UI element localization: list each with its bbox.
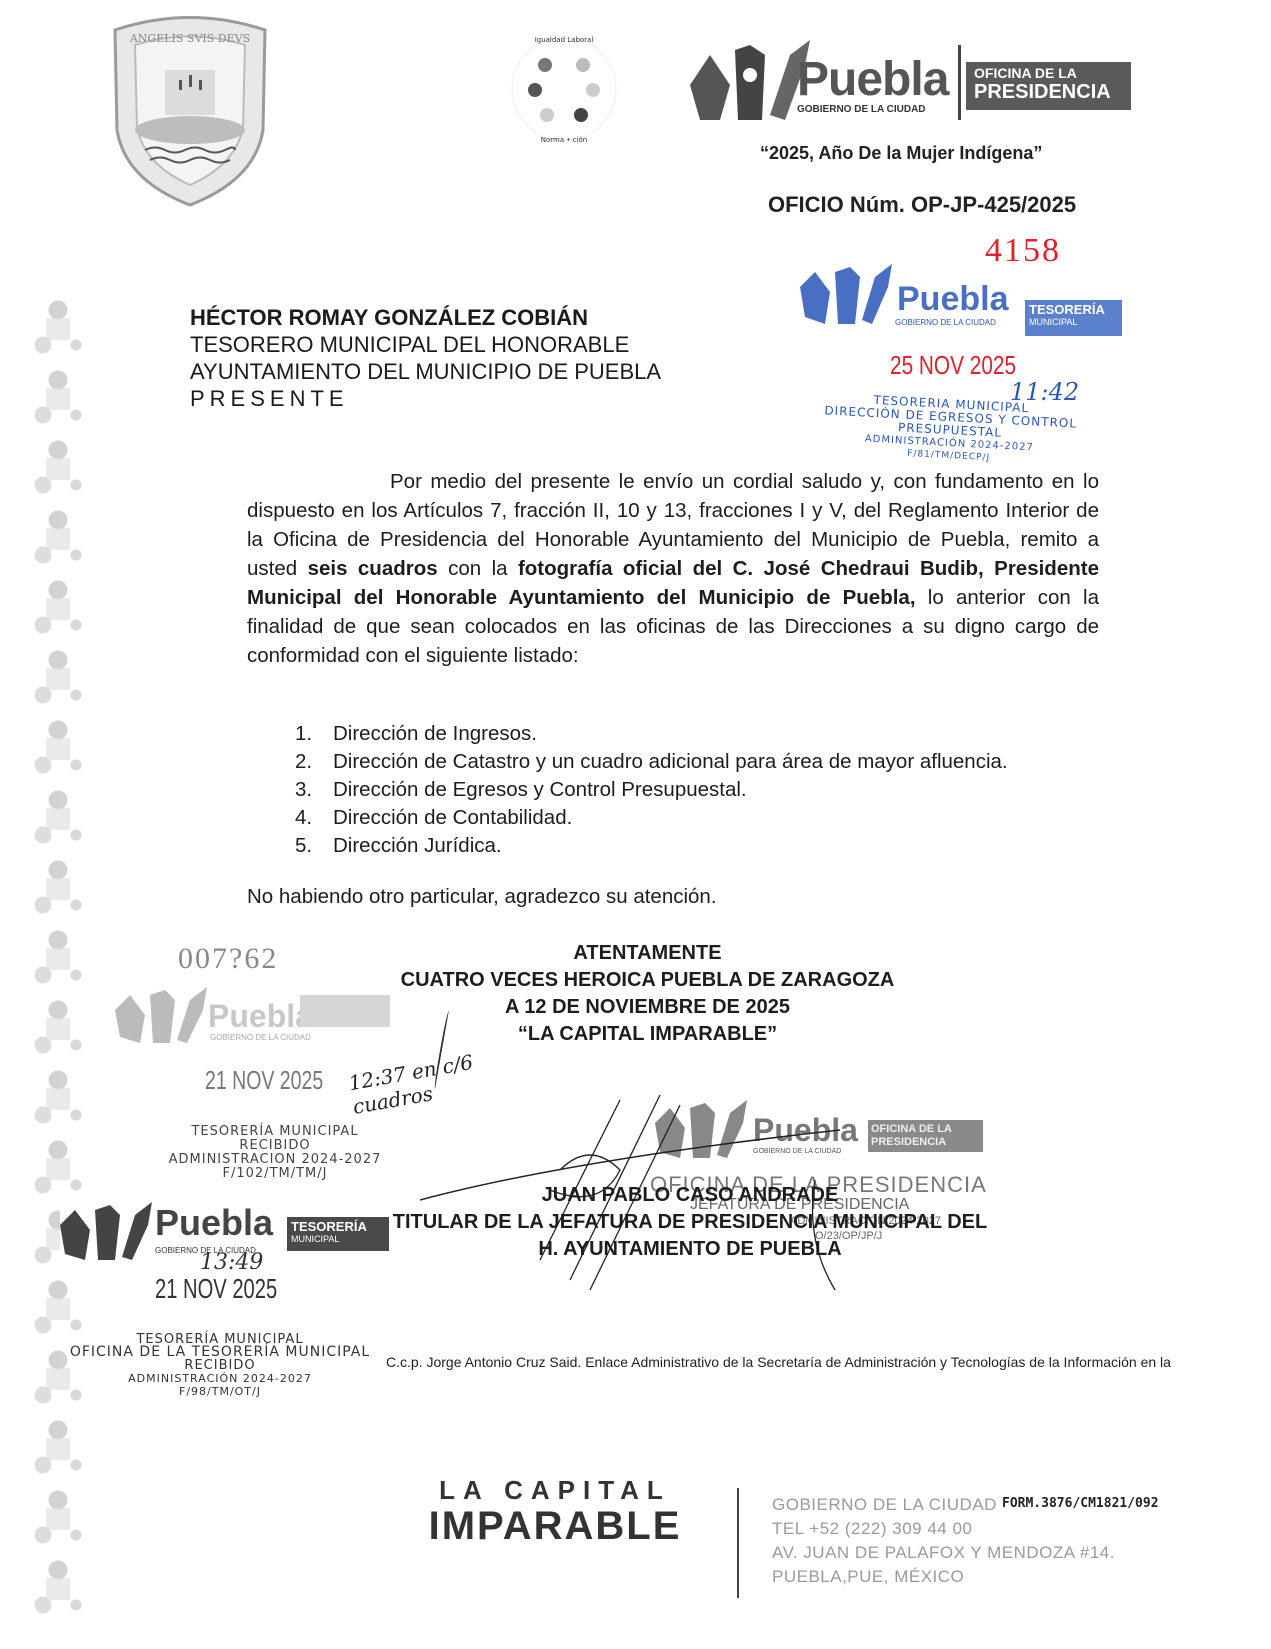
tesoreria-lower-stamp-date: 21 NOV 2025 xyxy=(155,1273,277,1305)
form-code: FORM.3876/CM1821/092 xyxy=(1002,1496,1159,1511)
direcciones-list: 1.Dirección de Ingresos. 2.Dirección de … xyxy=(295,720,1008,860)
oficio-number: OFICIO Núm. OP-JP-425/2025 xyxy=(768,192,1076,218)
footer-slogan-top: LA CAPITAL xyxy=(410,1475,700,1506)
addressee-block: HÉCTOR ROMAY GONZÁLEZ COBIÁN TESORERO MU… xyxy=(190,304,661,412)
list-item-text: Dirección de Ingresos. xyxy=(333,722,537,745)
addressee-presente: PRESENTE xyxy=(190,385,661,412)
recibido-stamp-line: F/102/TM/TM/J xyxy=(145,1167,405,1181)
list-item-text: Dirección de Egresos y Control Presupues… xyxy=(333,778,747,801)
svg-text:ANGELIS SVIS DEVS: ANGELIS SVIS DEVS xyxy=(129,32,250,45)
list-item: 4.Dirección de Contabilidad. xyxy=(295,804,1008,832)
list-item-text: Dirección de Catastro y un cuadro adicio… xyxy=(333,750,1008,773)
tesoreria-lower-stamp-logo xyxy=(60,1200,155,1267)
brand-subtitle: GOBIERNO DE LA CIUDAD xyxy=(797,104,926,115)
recibido-stamp-line: RECIBIDO xyxy=(145,1139,405,1153)
tesoreria-lower-stamp-line: F/98/TM/OT/J xyxy=(50,1385,390,1398)
recibido-stamp-line: ADMINISTRACION 2024-2027 xyxy=(145,1153,405,1167)
tesoreria-stamp-subtitle: GOBIERNO DE LA CIUDAD xyxy=(895,318,996,327)
list-item-text: Dirección Jurídica. xyxy=(333,834,502,857)
signer-name: JUAN PABLO CASO ANDRADE xyxy=(380,1182,1000,1209)
list-item: 3.Dirección de Egresos y Control Presupu… xyxy=(295,776,1008,804)
body-text-run: con la xyxy=(438,557,518,580)
office-badge-line1: OFICINA DE LA xyxy=(974,66,1131,81)
closing-sentence: No habiendo otro particular, agradezco s… xyxy=(247,885,717,909)
recibido-stamp-subtitle: GOBIERNO DE LA CIUDAD xyxy=(210,1033,311,1042)
office-badge-line2: PRESIDENCIA xyxy=(974,81,1131,103)
tesoreria-stamp-city: Puebla xyxy=(897,280,1008,319)
signer-block: JUAN PABLO CASO ANDRADE TITULAR DE LA JE… xyxy=(380,1182,1000,1263)
brand-divider xyxy=(958,45,961,120)
tesoreria-lower-stamp-line: ADMINISTRACIÓN 2024-2027 xyxy=(50,1372,390,1385)
recibido-stamp-city: Puebla xyxy=(208,998,313,1035)
svg-text:Igualdad Laboral: Igualdad Laboral xyxy=(535,36,594,44)
body-paragraph: Por medio del presente le envío un cordi… xyxy=(247,467,1099,670)
addressee-title-1: TESORERO MUNICIPAL DEL HONORABLE xyxy=(190,331,661,358)
recibido-stamp-text: TESORERÍA MUNICIPAL RECIBIDO ADMINISTRAC… xyxy=(145,1125,405,1181)
footer-info-address: AV. JUAN DE PALAFOX Y MENDOZA #14. xyxy=(772,1541,1115,1565)
office-badge: OFICINA DE LA PRESIDENCIA xyxy=(966,62,1131,110)
signer-title-2: H. AYUNTAMIENTO DE PUEBLA xyxy=(380,1236,1000,1263)
city-shield-logo: ANGELIS SVIS DEVS xyxy=(105,10,275,210)
footer-info-phone: TEL +52 (222) 309 44 00 xyxy=(772,1517,1115,1541)
tesoreria-lower-badge-line2: MUNICIPAL xyxy=(291,1234,385,1244)
signer-title-1: TITULAR DE LA JEFATURA DE PRESIDENCIA MU… xyxy=(380,1209,1000,1236)
list-item-number: 5. xyxy=(295,832,333,860)
signature-city: CUATRO VECES HEROICA PUEBLA DE ZARAGOZA xyxy=(360,967,935,994)
recibido-stamp-line: TESORERÍA MUNICIPAL xyxy=(145,1125,405,1139)
tesoreria-lower-stamp-line: RECIBIDO xyxy=(50,1359,390,1372)
list-item: 1.Dirección de Ingresos. xyxy=(295,720,1008,748)
tesoreria-stamp-text: TESORERIA MUNICIPAL DIRECCIÓN DE EGRESOS… xyxy=(813,391,1086,470)
tesoreria-lower-stamp-text: TESORERÍA MUNICIPAL OFICINA DE LA TESORE… xyxy=(50,1333,390,1398)
tesoreria-lower-stamp-badge: TESORERÍA MUNICIPAL xyxy=(287,1217,389,1251)
list-item: 5.Dirección Jurídica. xyxy=(295,832,1008,860)
list-item-number: 4. xyxy=(295,804,333,832)
brand-city-name: Puebla xyxy=(797,52,948,107)
signature-atentamente: ATENTAMENTE xyxy=(360,940,935,967)
recibido-stamp-date: 21 NOV 2025 xyxy=(205,1065,323,1096)
body-text-bold: seis cuadros xyxy=(308,557,438,580)
list-item-text: Dirección de Contabilidad. xyxy=(333,806,572,829)
tesoreria-stamp-badge-line1: TESORERÍA xyxy=(1029,302,1118,317)
addressee-name: HÉCTOR ROMAY GONZÁLEZ COBIÁN xyxy=(190,304,661,331)
handwritten-time-1349: 13:49 xyxy=(200,1250,263,1275)
list-item-number: 1. xyxy=(295,720,333,748)
ccp-line: C.c.p. Jorge Antonio Cruz Said. Enlace A… xyxy=(386,1354,1171,1370)
list-item: 2.Dirección de Catastro y un cuadro adic… xyxy=(295,748,1008,776)
norma-igualdad-logo: Norma • ción Igualdad Laboral xyxy=(505,30,623,148)
recibido-stamp-logo xyxy=(115,985,210,1050)
tesoreria-lower-badge-line1: TESORERÍA xyxy=(291,1219,385,1234)
footer-info-city: PUEBLA,PUE, MÉXICO xyxy=(772,1565,1115,1589)
tesoreria-stamp-badge: TESORERÍA MUNICIPAL xyxy=(1025,300,1122,336)
folio-stamp-gray: 007?62 xyxy=(178,942,278,976)
list-item-number: 3. xyxy=(295,776,333,804)
tesoreria-stamp-date: 25 NOV 2025 xyxy=(890,350,1016,381)
year-motto: “2025, Año De la Mujer Indígena” xyxy=(760,143,1042,164)
footer-slogan-bottom: IMPARABLE xyxy=(410,1506,700,1546)
tesoreria-stamp-badge-line2: MUNICIPAL xyxy=(1029,317,1118,327)
list-item-number: 2. xyxy=(295,748,333,776)
capital-imparable-logo: LA CAPITAL IMPARABLE xyxy=(410,1475,700,1546)
tesoreria-lower-stamp-city: Puebla xyxy=(155,1202,273,1244)
svg-text:Norma • ción: Norma • ción xyxy=(541,136,587,144)
footer-divider xyxy=(737,1488,739,1598)
decorative-border xyxy=(28,290,88,1630)
folio-stamp-red: 4158 xyxy=(985,232,1061,270)
tesoreria-stamp-logo xyxy=(800,262,895,332)
addressee-title-2: AYUNTAMIENTO DEL MUNICIPIO DE PUEBLA xyxy=(190,358,661,385)
